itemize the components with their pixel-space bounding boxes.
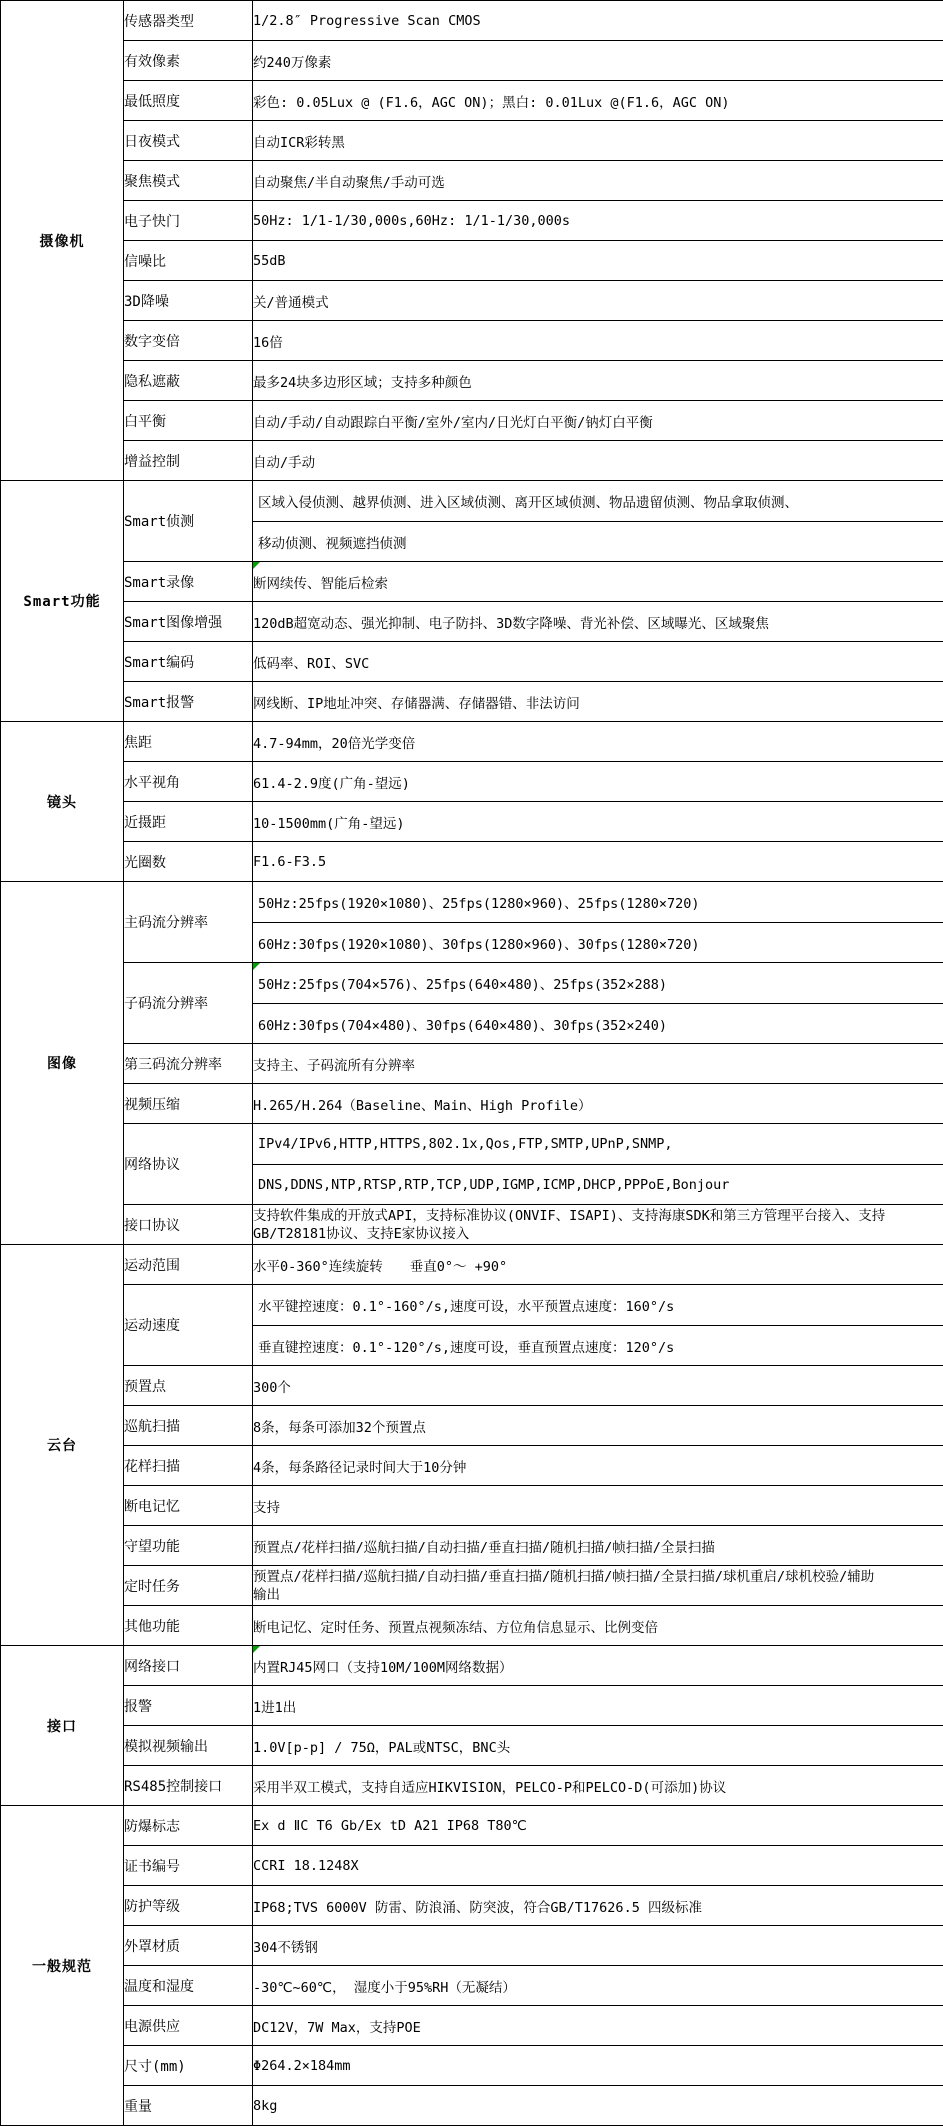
value-line: 区域入侵侦测、越界侦测、进入区域侦测、离开区域侦测、物品遗留侦测、物品拿取侦测、 bbox=[253, 481, 943, 521]
value-cell: 120dB超宽动态、强光抑制、电子防抖、3D数字降噪、背光补偿、区域曝光、区域聚… bbox=[253, 602, 943, 642]
param-cell: RS485控制接口 bbox=[124, 1766, 253, 1806]
value-cell: 10-1500mm(广角-望远) bbox=[253, 802, 943, 842]
value-cell: 水平0-360°连续旋转 垂直0°～ +90° bbox=[253, 1245, 943, 1285]
param-cell: 断电记忆 bbox=[124, 1486, 253, 1526]
value-cell: 8条，每条可添加32个预置点 bbox=[253, 1406, 943, 1446]
table-row: 隐私遮蔽最多24块多边形区域；支持多种颜色 bbox=[1, 361, 943, 401]
table-row: 其他功能断电记忆、定时任务、预置点视频冻结、方位角信息显示、比例变倍 bbox=[1, 1606, 943, 1646]
value-line: 60Hz:30fps(1920×1080)、30fps(1280×960)、30… bbox=[253, 922, 943, 962]
table-row: 白平衡自动/手动/自动跟踪白平衡/室外/室内/日光灯白平衡/钠灯白平衡 bbox=[1, 401, 943, 441]
table-row: 水平视角61.4-2.9度(广角-望远) bbox=[1, 762, 943, 802]
param-cell: 守望功能 bbox=[124, 1526, 253, 1566]
value-cell: 低码率、ROI、SVC bbox=[253, 642, 943, 682]
value-cell: 支持 bbox=[253, 1486, 943, 1526]
param-cell: 定时任务 bbox=[124, 1566, 253, 1606]
table-row: 子码流分辨率50Hz:25fps(704×576)、25fps(640×480)… bbox=[1, 963, 943, 1044]
table-row: 网络协议IPv4/IPv6,HTTP,HTTPS,802.1x,Qos,FTP,… bbox=[1, 1124, 943, 1205]
param-cell: 聚焦模式 bbox=[124, 161, 253, 201]
param-cell: 第三码流分辨率 bbox=[124, 1044, 253, 1084]
param-cell: 电源供应 bbox=[124, 2006, 253, 2046]
value-cell: 300个 bbox=[253, 1366, 943, 1406]
value-cell: 1进1出 bbox=[253, 1686, 943, 1726]
spec-table-body: 摄像机传感器类型1/2.8″ Progressive Scan CMOS有效像素… bbox=[1, 1, 943, 2126]
param-cell: Smart录像 bbox=[124, 562, 253, 602]
value-line: DNS,DDNS,NTP,RTSP,RTP,TCP,UDP,IGMP,ICMP,… bbox=[253, 1164, 943, 1204]
value-cell: 8kg bbox=[253, 2086, 943, 2126]
table-row: 云台运动范围水平0-360°连续旋转 垂直0°～ +90° bbox=[1, 1245, 943, 1285]
value-cell: 内置RJ45网口（支持10M/100M网络数据） bbox=[253, 1646, 943, 1686]
value-line: 输出 bbox=[253, 1586, 943, 1604]
comment-marker-icon bbox=[253, 562, 260, 569]
value-cell: 预置点/花样扫描/巡航扫描/自动扫描/垂直扫描/随机扫描/帧扫描/全景扫描/球机… bbox=[253, 1566, 943, 1606]
param-cell: 隐私遮蔽 bbox=[124, 361, 253, 401]
table-row: Smart录像断网续传、智能后检索 bbox=[1, 562, 943, 602]
table-row: 电源供应DC12V，7W Max，支持POE bbox=[1, 2006, 943, 2046]
table-row: 运动速度水平键控速度：0.1°-160°/s,速度可设，水平预置点速度：160°… bbox=[1, 1285, 943, 1366]
param-cell: 接口协议 bbox=[124, 1205, 253, 1245]
table-row: 近摄距10-1500mm(广角-望远) bbox=[1, 802, 943, 842]
param-cell: 主码流分辨率 bbox=[124, 882, 253, 963]
value-cell: 约240万像素 bbox=[253, 41, 943, 81]
param-cell: 3D降噪 bbox=[124, 281, 253, 321]
table-row: 守望功能预置点/花样扫描/巡航扫描/自动扫描/垂直扫描/随机扫描/帧扫描/全景扫… bbox=[1, 1526, 943, 1566]
value-cell: 50Hz: 1/1-1/30,000s,60Hz: 1/1-1/30,000s bbox=[253, 201, 943, 241]
table-row: 定时任务预置点/花样扫描/巡航扫描/自动扫描/垂直扫描/随机扫描/帧扫描/全景扫… bbox=[1, 1566, 943, 1606]
value-cell: IP68;TVS 6000V 防雷、防浪涌、防突波，符合GB/T17626.5 … bbox=[253, 1886, 943, 1926]
value-cell: 50Hz:25fps(704×576)、25fps(640×480)、25fps… bbox=[253, 963, 943, 1044]
value-cell: Φ264.2×184mm bbox=[253, 2046, 943, 2086]
table-row: 增益控制自动/手动 bbox=[1, 441, 943, 481]
table-row: 电子快门50Hz: 1/1-1/30,000s,60Hz: 1/1-1/30,0… bbox=[1, 201, 943, 241]
param-cell: Smart图像增强 bbox=[124, 602, 253, 642]
value-cell: 自动ICR彩转黑 bbox=[253, 121, 943, 161]
value-line: 60Hz:30fps(704×480)、30fps(640×480)、30fps… bbox=[253, 1003, 943, 1043]
param-cell: 网络协议 bbox=[124, 1124, 253, 1205]
table-row: 防护等级IP68;TVS 6000V 防雷、防浪涌、防突波，符合GB/T1762… bbox=[1, 1886, 943, 1926]
value-cell: H.265/H.264（Baseline、Main、High Profile） bbox=[253, 1084, 943, 1124]
category-cell: 云台 bbox=[1, 1245, 124, 1646]
table-row: Smart功能Smart侦测区域入侵侦测、越界侦测、进入区域侦测、离开区域侦测、… bbox=[1, 481, 943, 562]
table-row: 第三码流分辨率支持主、子码流所有分辨率 bbox=[1, 1044, 943, 1084]
value-line: 垂直键控速度：0.1°-120°/s,速度可设，垂直预置点速度：120°/s bbox=[253, 1325, 943, 1365]
table-row: RS485控制接口采用半双工模式，支持自适应HIKVISION，PELCO-P和… bbox=[1, 1766, 943, 1806]
param-cell: 近摄距 bbox=[124, 802, 253, 842]
value-cell: 1/2.8″ Progressive Scan CMOS bbox=[253, 1, 943, 41]
table-row: 花样扫描4条，每条路径记录时间大于10分钟 bbox=[1, 1446, 943, 1486]
table-row: Smart图像增强120dB超宽动态、强光抑制、电子防抖、3D数字降噪、背光补偿… bbox=[1, 602, 943, 642]
table-row: 图像主码流分辨率50Hz:25fps(1920×1080)、25fps(1280… bbox=[1, 882, 943, 963]
value-line: GB/T28181协议、支持E家协议接入 bbox=[253, 1225, 943, 1243]
table-row: Smart报警网线断、IP地址冲突、存储器满、存储器错、非法访问 bbox=[1, 682, 943, 722]
table-row: 3D降噪关/普通模式 bbox=[1, 281, 943, 321]
param-cell: 运动范围 bbox=[124, 1245, 253, 1285]
value-cell: 4.7-94mm，20倍光学变倍 bbox=[253, 722, 943, 762]
spec-table: 摄像机传感器类型1/2.8″ Progressive Scan CMOS有效像素… bbox=[0, 0, 943, 2126]
table-row: 镜头焦距4.7-94mm，20倍光学变倍 bbox=[1, 722, 943, 762]
table-row: 摄像机传感器类型1/2.8″ Progressive Scan CMOS bbox=[1, 1, 943, 41]
param-cell: 最低照度 bbox=[124, 81, 253, 121]
param-cell: 证书编号 bbox=[124, 1846, 253, 1886]
value-cell: 支持主、子码流所有分辨率 bbox=[253, 1044, 943, 1084]
value-cell: 自动/手动/自动跟踪白平衡/室外/室内/日光灯白平衡/钠灯白平衡 bbox=[253, 401, 943, 441]
table-row: 日夜模式自动ICR彩转黑 bbox=[1, 121, 943, 161]
param-cell: 模拟视频输出 bbox=[124, 1726, 253, 1766]
category-cell: 镜头 bbox=[1, 722, 124, 882]
value-cell: 自动聚焦/半自动聚焦/手动可选 bbox=[253, 161, 943, 201]
value-cell: CCRI 18.1248X bbox=[253, 1846, 943, 1886]
table-row: 外罩材质304不锈钢 bbox=[1, 1926, 943, 1966]
param-cell: 预置点 bbox=[124, 1366, 253, 1406]
param-cell: 其他功能 bbox=[124, 1606, 253, 1646]
value-line: 50Hz:25fps(1920×1080)、25fps(1280×960)、25… bbox=[253, 882, 943, 922]
param-cell: 传感器类型 bbox=[124, 1, 253, 41]
value-cell: 水平键控速度：0.1°-160°/s,速度可设，水平预置点速度：160°/s垂直… bbox=[253, 1285, 943, 1366]
value-cell: 采用半双工模式，支持自适应HIKVISION，PELCO-P和PELCO-D(可… bbox=[253, 1766, 943, 1806]
param-cell: Smart报警 bbox=[124, 682, 253, 722]
param-cell: 光圈数 bbox=[124, 842, 253, 882]
value-cell: 50Hz:25fps(1920×1080)、25fps(1280×960)、25… bbox=[253, 882, 943, 963]
value-cell: 关/普通模式 bbox=[253, 281, 943, 321]
param-cell: 巡航扫描 bbox=[124, 1406, 253, 1446]
param-cell: 网络接口 bbox=[124, 1646, 253, 1686]
category-cell: 图像 bbox=[1, 882, 124, 1245]
value-line: 移动侦测、视频遮挡侦测 bbox=[253, 521, 943, 561]
value-cell: 彩色: 0.05Lux @ (F1.6，AGC ON)；黑白: 0.01Lux … bbox=[253, 81, 943, 121]
value-cell: 支持软件集成的开放式API，支持标准协议(ONVIF、ISAPI)、支持海康SD… bbox=[253, 1205, 943, 1245]
value-cell: 断电记忆、定时任务、预置点视频冻结、方位角信息显示、比例变倍 bbox=[253, 1606, 943, 1646]
category-cell: 摄像机 bbox=[1, 1, 124, 481]
value-cell: 16倍 bbox=[253, 321, 943, 361]
value-cell: 断网续传、智能后检索 bbox=[253, 562, 943, 602]
value-cell: -30℃~60℃， 湿度小于95%RH（无凝结） bbox=[253, 1966, 943, 2006]
table-row: 有效像素约240万像素 bbox=[1, 41, 943, 81]
table-row: 光圈数F1.6-F3.5 bbox=[1, 842, 943, 882]
param-cell: 信噪比 bbox=[124, 241, 253, 281]
param-cell: 报警 bbox=[124, 1686, 253, 1726]
value-line: 预置点/花样扫描/巡航扫描/自动扫描/垂直扫描/随机扫描/帧扫描/全景扫描/球机… bbox=[253, 1568, 943, 1586]
param-cell: 花样扫描 bbox=[124, 1446, 253, 1486]
table-row: 尺寸(mm)Φ264.2×184mm bbox=[1, 2046, 943, 2086]
value-cell: 最多24块多边形区域；支持多种颜色 bbox=[253, 361, 943, 401]
param-cell: Smart编码 bbox=[124, 642, 253, 682]
param-cell: 子码流分辨率 bbox=[124, 963, 253, 1044]
param-cell: 增益控制 bbox=[124, 441, 253, 481]
table-row: 预置点300个 bbox=[1, 1366, 943, 1406]
table-row: 重量8kg bbox=[1, 2086, 943, 2126]
param-cell: 外罩材质 bbox=[124, 1926, 253, 1966]
table-row: 温度和湿度-30℃~60℃， 湿度小于95%RH（无凝结） bbox=[1, 1966, 943, 2006]
param-cell: 日夜模式 bbox=[124, 121, 253, 161]
param-cell: Smart侦测 bbox=[124, 481, 253, 562]
table-row: 视频压缩H.265/H.264（Baseline、Main、High Profi… bbox=[1, 1084, 943, 1124]
value-line: 支持软件集成的开放式API，支持标准协议(ONVIF、ISAPI)、支持海康SD… bbox=[253, 1207, 943, 1225]
param-cell: 数字变倍 bbox=[124, 321, 253, 361]
table-row: 接口协议支持软件集成的开放式API，支持标准协议(ONVIF、ISAPI)、支持… bbox=[1, 1205, 943, 1245]
param-cell: 重量 bbox=[124, 2086, 253, 2126]
value-cell: 4条，每条路径记录时间大于10分钟 bbox=[253, 1446, 943, 1486]
table-row: 信噪比55dB bbox=[1, 241, 943, 281]
table-row: 一般规范防爆标志Ex d ⅡC T6 Gb/Ex tD A21 IP68 T80… bbox=[1, 1806, 943, 1846]
value-cell: IPv4/IPv6,HTTP,HTTPS,802.1x,Qos,FTP,SMTP… bbox=[253, 1124, 943, 1205]
table-row: 断电记忆支持 bbox=[1, 1486, 943, 1526]
param-cell: 电子快门 bbox=[124, 201, 253, 241]
value-cell: 55dB bbox=[253, 241, 943, 281]
table-row: 接口网络接口内置RJ45网口（支持10M/100M网络数据） bbox=[1, 1646, 943, 1686]
value-cell: 1.0V[p-p] / 75Ω，PAL或NTSC，BNC头 bbox=[253, 1726, 943, 1766]
param-cell: 尺寸(mm) bbox=[124, 2046, 253, 2086]
value-line: 水平键控速度：0.1°-160°/s,速度可设，水平预置点速度：160°/s bbox=[253, 1285, 943, 1325]
value-cell: F1.6-F3.5 bbox=[253, 842, 943, 882]
comment-marker-icon bbox=[253, 963, 260, 970]
param-cell: 温度和湿度 bbox=[124, 1966, 253, 2006]
value-cell: 自动/手动 bbox=[253, 441, 943, 481]
category-cell: Smart功能 bbox=[1, 481, 124, 722]
table-row: 聚焦模式自动聚焦/半自动聚焦/手动可选 bbox=[1, 161, 943, 201]
table-row: 报警1进1出 bbox=[1, 1686, 943, 1726]
comment-marker-icon bbox=[253, 1646, 260, 1653]
param-cell: 防护等级 bbox=[124, 1886, 253, 1926]
table-row: 最低照度彩色: 0.05Lux @ (F1.6，AGC ON)；黑白: 0.01… bbox=[1, 81, 943, 121]
param-cell: 视频压缩 bbox=[124, 1084, 253, 1124]
value-cell: 区域入侵侦测、越界侦测、进入区域侦测、离开区域侦测、物品遗留侦测、物品拿取侦测、… bbox=[253, 481, 943, 562]
param-cell: 有效像素 bbox=[124, 41, 253, 81]
value-line: 50Hz:25fps(704×576)、25fps(640×480)、25fps… bbox=[253, 963, 943, 1003]
table-row: 证书编号CCRI 18.1248X bbox=[1, 1846, 943, 1886]
value-line: IPv4/IPv6,HTTP,HTTPS,802.1x,Qos,FTP,SMTP… bbox=[253, 1124, 943, 1164]
value-cell: 预置点/花样扫描/巡航扫描/自动扫描/垂直扫描/随机扫描/帧扫描/全景扫描 bbox=[253, 1526, 943, 1566]
value-cell: 61.4-2.9度(广角-望远) bbox=[253, 762, 943, 802]
value-cell: DC12V，7W Max，支持POE bbox=[253, 2006, 943, 2046]
param-cell: 焦距 bbox=[124, 722, 253, 762]
category-cell: 一般规范 bbox=[1, 1806, 124, 2126]
table-row: 数字变倍16倍 bbox=[1, 321, 943, 361]
value-cell: 网线断、IP地址冲突、存储器满、存储器错、非法访问 bbox=[253, 682, 943, 722]
table-row: Smart编码低码率、ROI、SVC bbox=[1, 642, 943, 682]
table-row: 巡航扫描8条，每条可添加32个预置点 bbox=[1, 1406, 943, 1446]
value-cell: Ex d ⅡC T6 Gb/Ex tD A21 IP68 T80℃ bbox=[253, 1806, 943, 1846]
category-cell: 接口 bbox=[1, 1646, 124, 1806]
table-row: 模拟视频输出1.0V[p-p] / 75Ω，PAL或NTSC，BNC头 bbox=[1, 1726, 943, 1766]
param-cell: 水平视角 bbox=[124, 762, 253, 802]
param-cell: 防爆标志 bbox=[124, 1806, 253, 1846]
param-cell: 白平衡 bbox=[124, 401, 253, 441]
param-cell: 运动速度 bbox=[124, 1285, 253, 1366]
value-cell: 304不锈钢 bbox=[253, 1926, 943, 1966]
